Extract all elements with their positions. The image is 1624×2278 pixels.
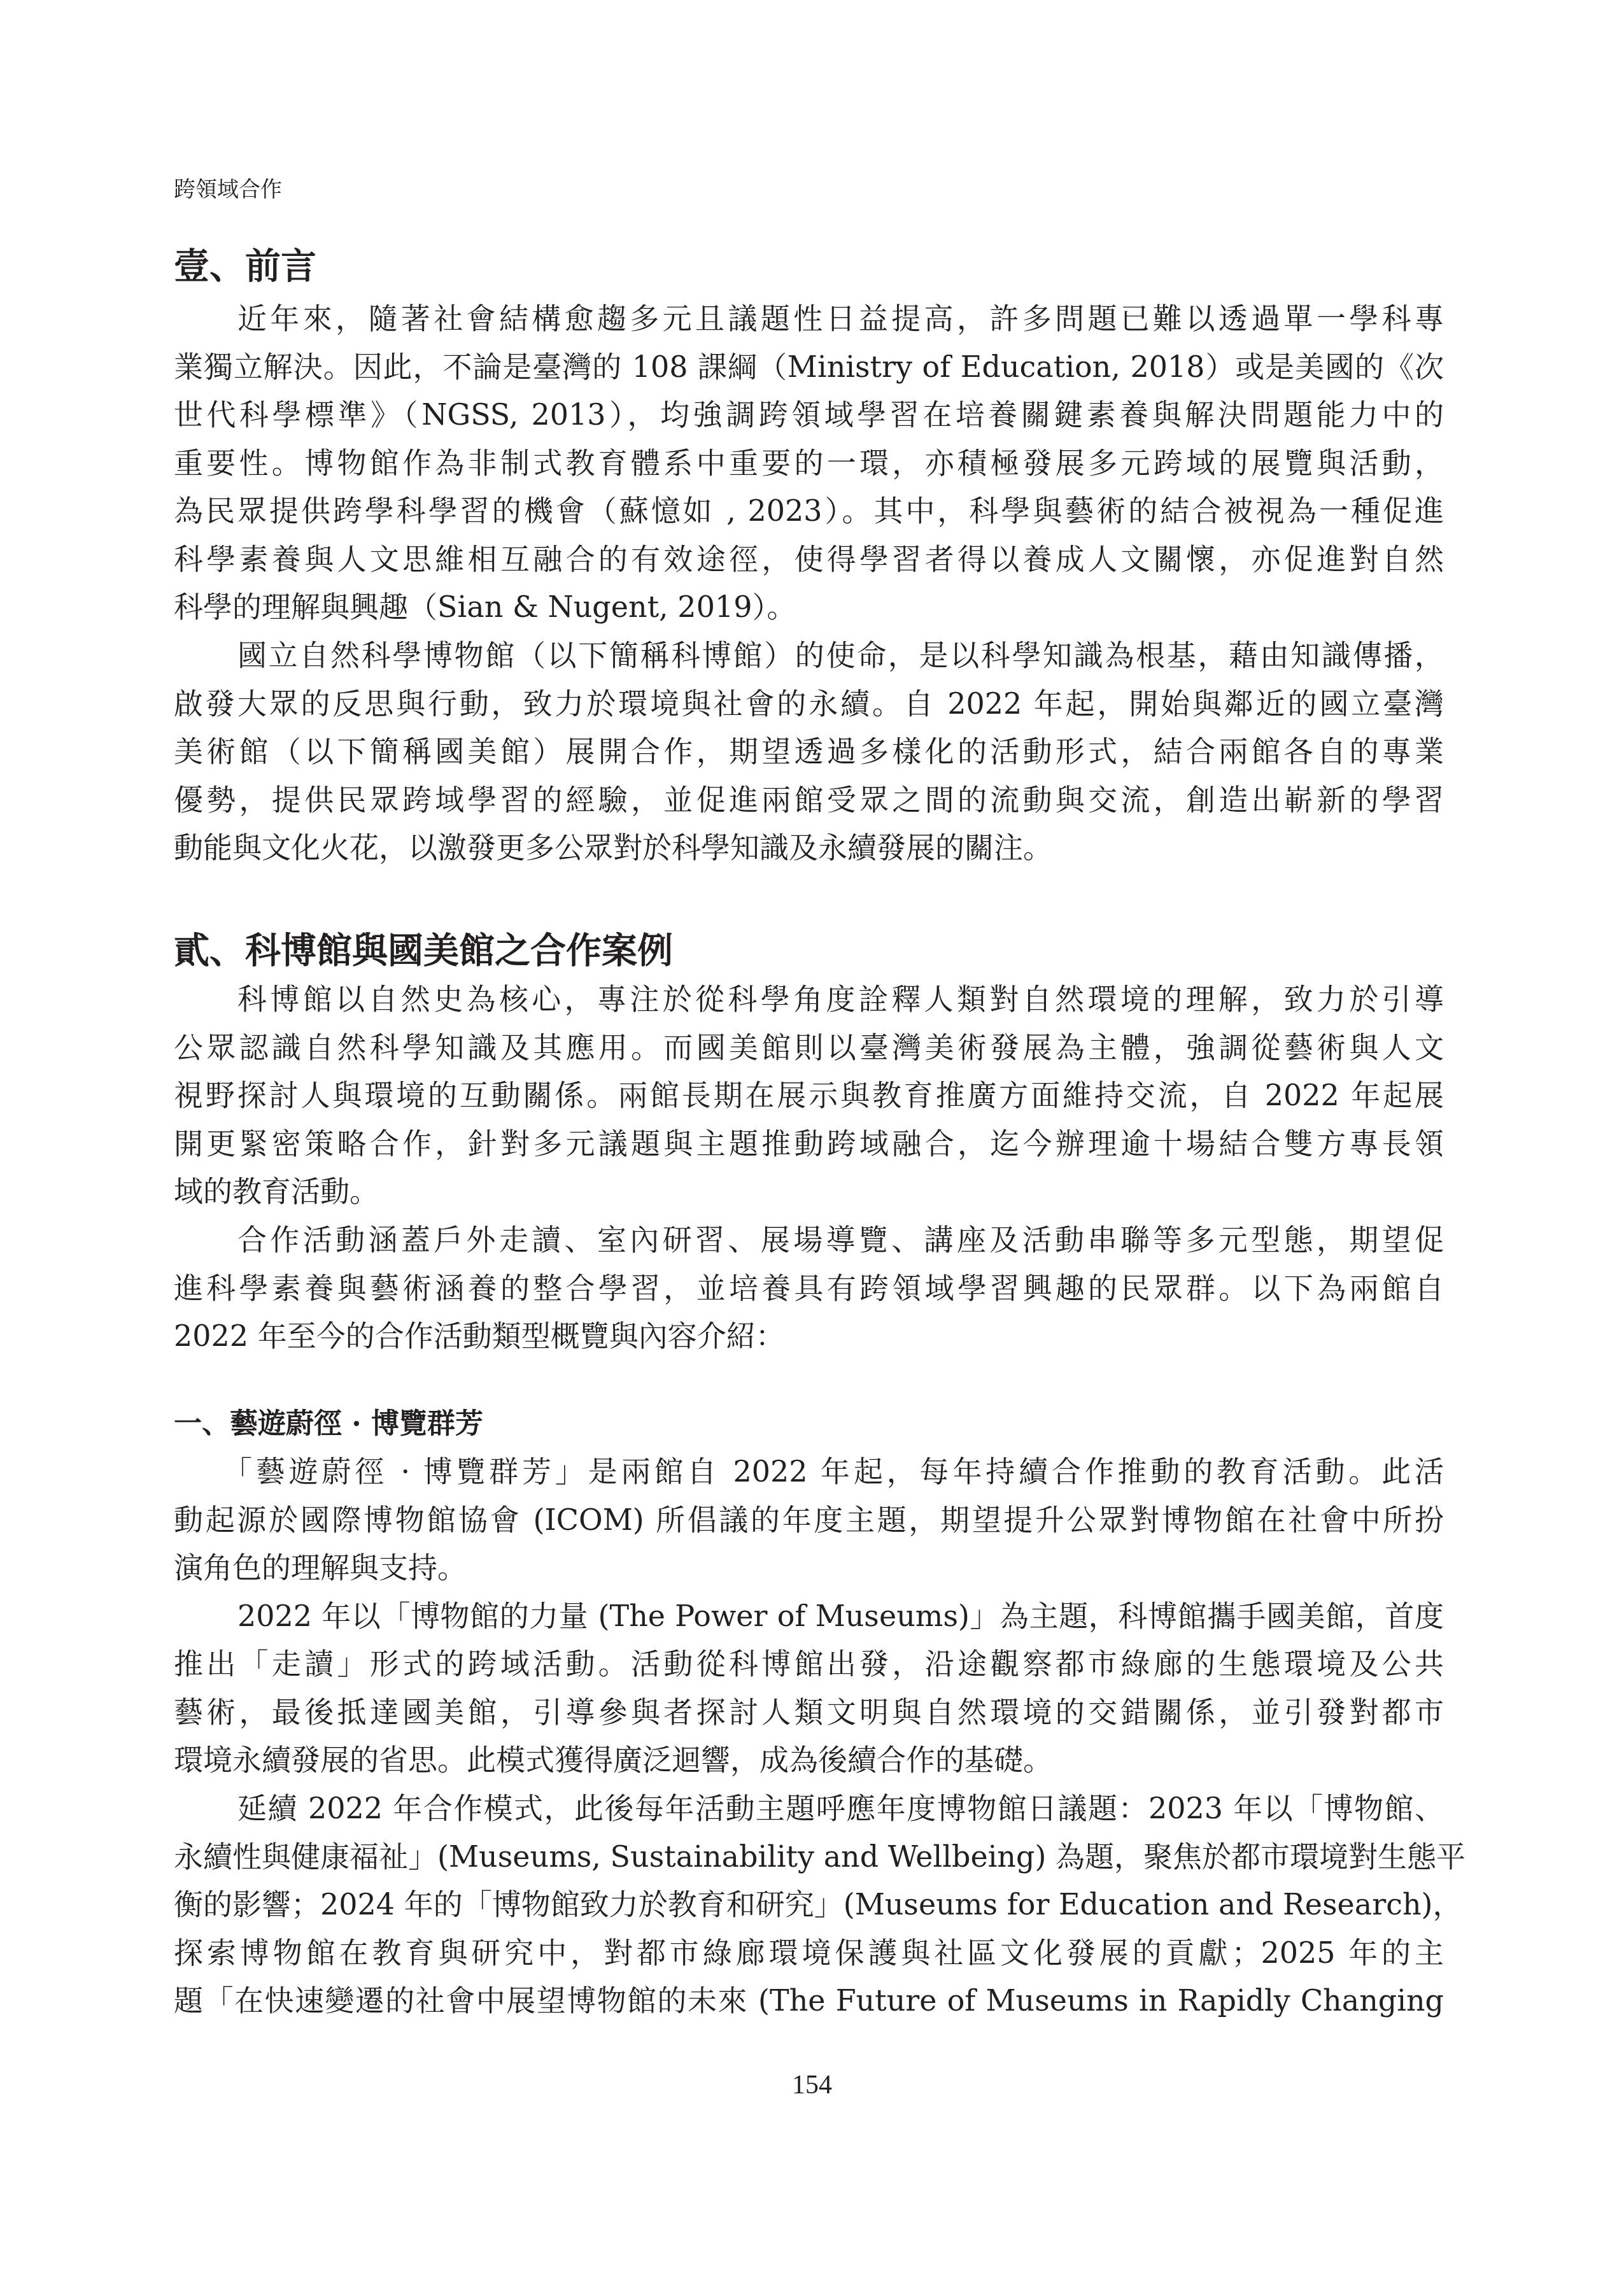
text-line: 業獨立解決。因此，不論是臺灣的 108 課綱（Ministry of Educa… bbox=[174, 348, 1444, 386]
text-line: 啟發大眾的反思與行動，致力於環境與社會的永續。自 2022 年起，開始與鄰近的國… bbox=[174, 684, 1444, 723]
text-line: 公眾認識自然科學知識及其應用。而國美館則以臺灣美術發展為主體，強調從藝術與人文 bbox=[174, 1028, 1444, 1066]
text-line: 科學素養與人文思維相互融合的有效途徑，使得學習者得以養成人文關懷，亦促進對自然 bbox=[174, 540, 1444, 578]
subsection-heading-art-walk: 一、藝遊蔚徑 · 博覽群芳 bbox=[174, 1405, 483, 1443]
text-line: 2022 年至今的合作活動類型概覽與內容介紹： bbox=[174, 1317, 1444, 1355]
text-line: 域的教育活動。 bbox=[174, 1172, 1444, 1210]
text-line: 優勢，提供民眾跨域學習的經驗，並促進兩館受眾之間的流動與交流，創造出嶄新的學習 bbox=[174, 781, 1444, 819]
section-heading-introduction: 壹、前言 bbox=[174, 246, 316, 287]
page-number: 154 bbox=[0, 2069, 1624, 2101]
text-line: 科博館以自然史為核心，專注於從科學角度詮釋人類對自然環境的理解，致力於引導 bbox=[237, 980, 1444, 1018]
text-line: 開更緊密策略合作，針對多元議題與主題推動跨域融合，迄今辦理逾十場結合雙方專長領 bbox=[174, 1124, 1444, 1163]
text-line: 衡的影響；2024 年的「博物館致力於教育和研究」(Museums for Ed… bbox=[174, 1885, 1444, 1923]
text-line: 世代科學標準》（NGSS, 2013），均強調跨領域學習在培養關鍵素養與解決問題… bbox=[174, 395, 1444, 434]
running-head: 跨領域合作 bbox=[174, 177, 282, 202]
text-line: 環境永續發展的省思。此模式獲得廣泛迴響，成為後續合作的基礎。 bbox=[174, 1741, 1444, 1779]
text-line: 「藝遊蔚徑 · 博覽群芳」是兩館自 2022 年起，每年持續合作推動的教育活動。… bbox=[223, 1452, 1444, 1490]
text-line: 美術館（以下簡稱國美館）展開合作，期望透過多樣化的活動形式，結合兩館各自的專業 bbox=[174, 732, 1444, 770]
text-line: 演角色的理解與支持。 bbox=[174, 1548, 1444, 1587]
text-line: 合作活動涵蓋戶外走讀、室內研習、展場導覽、講座及活動串聯等多元型態，期望促 bbox=[237, 1220, 1444, 1259]
text-line: 探索博物館在教育與研究中，對都市綠廊環境保護與社區文化發展的貢獻；2025 年的… bbox=[174, 1934, 1444, 1972]
text-line: 重要性。博物館作為非制式教育體系中重要的一環，亦積極發展多元跨域的展覽與活動， bbox=[174, 444, 1444, 482]
text-line: 動起源於國際博物館協會 (ICOM) 所倡議的年度主題，期望提升公眾對博物館在社… bbox=[174, 1501, 1444, 1539]
text-line: 科學的理解與興趣（Sian & Nugent, 2019）。 bbox=[174, 588, 1444, 626]
text-line: 題「在快速變遷的社會中展望博物館的未來 (The Future of Museu… bbox=[174, 1981, 1444, 2020]
text-line: 推出「走讀」形式的跨域活動。活動從科博館出發，沿途觀察都市綠廊的生態環境及公共 bbox=[174, 1645, 1444, 1683]
text-line: 永續性與健康福祉」(Museums, Sustainability and We… bbox=[174, 1837, 1444, 1876]
text-line: 近年來，隨著社會結構愈趨多元且議題性日益提高，許多問題已難以透過單一學科專 bbox=[237, 299, 1444, 337]
text-line: 視野探討人與環境的互動關係。兩館長期在展示與教育推廣方面維持交流，自 2022 … bbox=[174, 1076, 1444, 1114]
text-line: 動能與文化火花，以激發更多公眾對於科學知識及永續發展的關注。 bbox=[174, 828, 1444, 867]
section-heading-collaboration-cases: 貳、科博館與國美館之合作案例 bbox=[174, 930, 673, 971]
text-line: 為民眾提供跨學科學習的機會（蘇憶如 , 2023）。其中，科學與藝術的結合被視為… bbox=[174, 492, 1444, 530]
text-line: 國立自然科學博物館（以下簡稱科博館）的使命，是以科學知識為根基，藉由知識傳播， bbox=[237, 636, 1444, 674]
text-line: 進科學素養與藝術涵養的整合學習，並培養具有跨領域學習興趣的民眾群。以下為兩館自 bbox=[174, 1269, 1444, 1307]
text-line: 延續 2022 年合作模式，此後每年活動主題呼應年度博物館日議題：2023 年以… bbox=[237, 1789, 1444, 1827]
text-line: 2022 年以「博物館的力量 (The Power of Museums)」為主… bbox=[237, 1597, 1444, 1635]
text-line: 藝術，最後抵達國美館，引導參與者探討人類文明與自然環境的交錯關係，並引發對都市 bbox=[174, 1693, 1444, 1731]
